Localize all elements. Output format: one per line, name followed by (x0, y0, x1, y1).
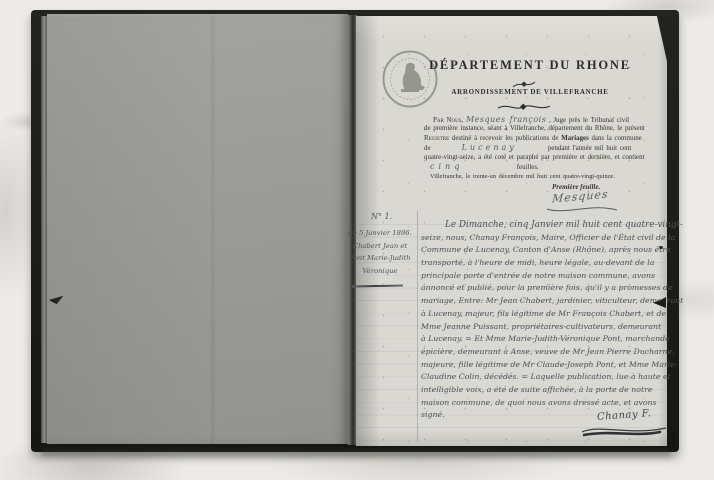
signature-flourish-icon (580, 422, 668, 443)
margin-note-line: du 5 Janvier 1896. (343, 227, 417, 240)
preamble-paragraph: Par Nous, Mesques françois , Juge près l… (424, 115, 670, 171)
act-line: à Lucenay. = Et Mme Marie-Judith-Véroniq… (421, 333, 671, 346)
act-margin-notes: du 5 Janvier 1896.Chabert Jean etPont Ma… (343, 227, 417, 277)
document-scan: DÉPARTEMENT DU RHONE ARRONDISSEMENT DE V… (0, 0, 714, 480)
act-line: Mme Jeanne Puissant, propriétaires-culti… (421, 321, 671, 334)
act-number: N° 1. (371, 212, 392, 221)
act-line: Commune de Lucenay, Canton d'Anse (Rhône… (421, 244, 671, 257)
preamble-line: Par Nous, Mesques françois , Juge près l… (424, 115, 670, 124)
margin-rule (417, 211, 418, 442)
signature-flourish-icon (545, 202, 619, 220)
margin-note-line: Véronique (343, 265, 417, 278)
preamble-line: quatre-vingt-seize, a été coté et paraph… (424, 153, 670, 162)
act-line: intelligible voix, a été de suite affich… (421, 384, 671, 397)
act-body-text: Le Dimanche, cinq Janvier mil huit cent … (421, 219, 671, 422)
act-line: maison commune, de quoi nous avons dress… (421, 397, 671, 410)
act-line: majeure, fille légitime de Mr Claude-Jos… (421, 359, 671, 372)
department-title: DÉPARTEMENT DU RHONE (408, 58, 652, 73)
preamble-line: de première instance, séant à Villefranc… (424, 124, 670, 133)
preamble-line: Registre destiné à recevoir les publicat… (424, 134, 670, 143)
act-line: seize, nous, Chanay François, Maire, Off… (421, 232, 671, 245)
act-line: Le Dimanche, cinq Janvier mil huit cent … (421, 219, 671, 232)
act-line: transporté, à l'heure de midi, heure lég… (421, 257, 671, 270)
margin-note-line: Chabert Jean et (343, 240, 417, 253)
certification-date-line: Villefranche, le trente-un décembre mil … (430, 173, 615, 180)
act-line: annoncé et publié, pour la première fois… (421, 282, 671, 295)
ink-dot (659, 246, 663, 249)
arrondissement-subtitle: ARRONDISSEMENT DE VILLEFRANCHE (408, 88, 652, 96)
act-line: Claudine Colin, décédés. = Laquelle publ… (421, 371, 671, 384)
act-line: mariage, Entre: Mr Jean Chabert, jardini… (421, 295, 671, 308)
act-line: principale porte d'entrée de notre maiso… (421, 270, 671, 283)
book-shadow (42, 450, 670, 460)
act-line: épicière, demeurant à Anse, veuve de Mr … (421, 346, 671, 359)
act-line: à Lucenay, majeur, fils légitime de Mr F… (421, 308, 671, 321)
preamble-line: cinq feuilles. (424, 162, 670, 171)
left-blank-page (47, 14, 348, 444)
preamble-line: de Lucenay pendant l'année mil huit cent (424, 143, 670, 152)
margin-note-line: Pont Marie-Judith (343, 252, 417, 265)
